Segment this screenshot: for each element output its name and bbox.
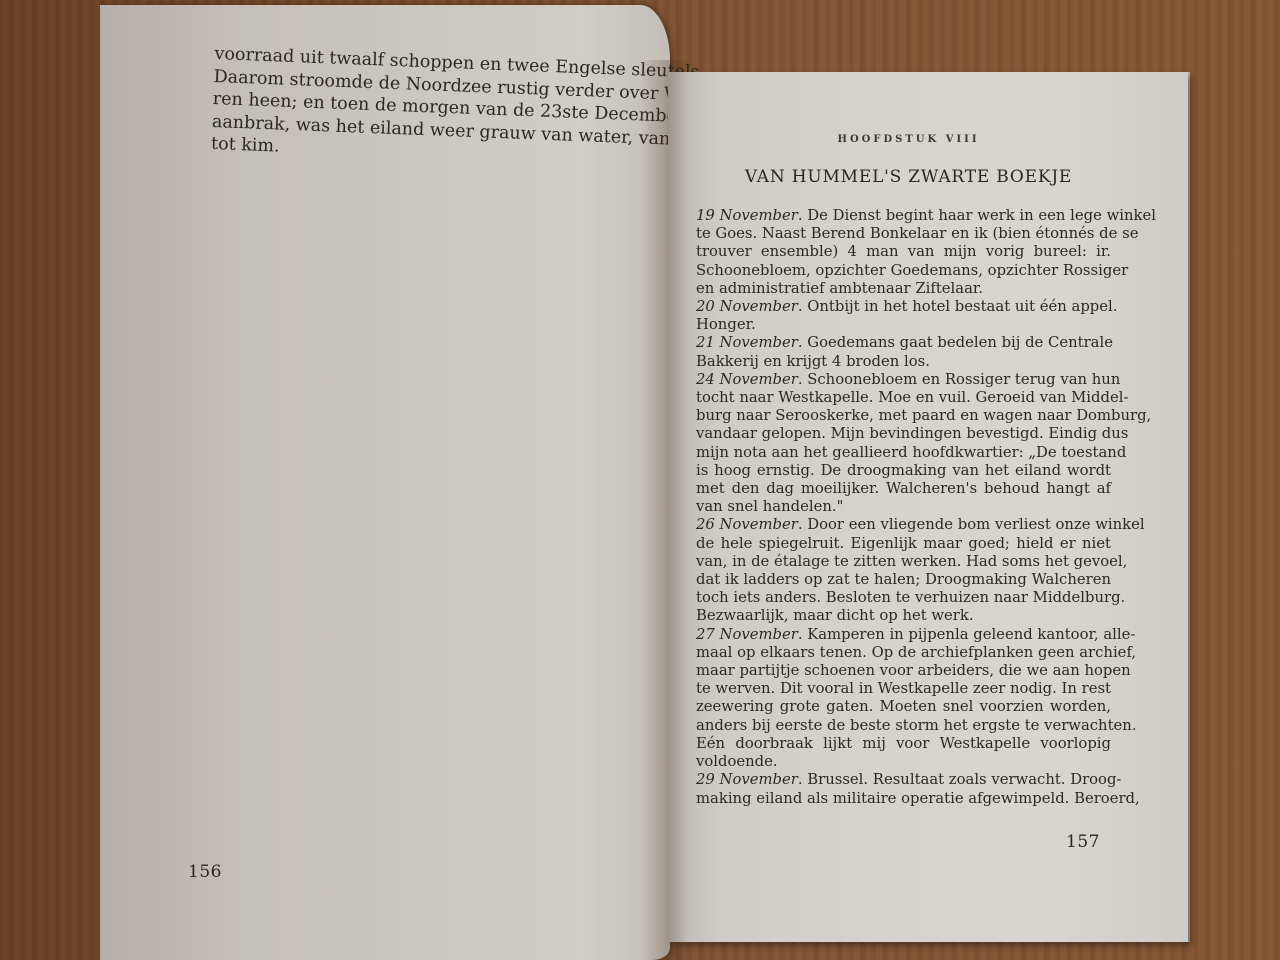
entry-text: . De Dienst begint haar werk in een lege…	[798, 207, 1156, 224]
entry-text: te Goes. Naast Berend Bonkelaar en ik (b…	[696, 225, 1111, 243]
entry-text: mijn nota aan het geallieerd hoofdkwarti…	[696, 444, 1111, 462]
entry-text: toch iets anders. Besloten te verhuizen …	[696, 589, 1111, 607]
entry-text: met den dag moeilijker. Walcheren's beho…	[696, 480, 1111, 498]
entry-text: Bakkerij en krijgt 4 broden los.	[696, 353, 1111, 371]
entry-text: . Brussel. Resultaat zoals verwacht. Dro…	[798, 771, 1122, 788]
entry-text: en administratief ambtenaar Ziftelaar.	[696, 280, 1111, 298]
entry-text: burg naar Serooskerke, met paard en wage…	[696, 407, 1111, 425]
entry-text: . Door een vliegende bom verliest onze w…	[798, 516, 1145, 533]
diary-entry: 27 November. Kamperen in pijpenla geleen…	[696, 626, 1111, 772]
entry-text: . Goedemans gaat bedelen bij de Centrale	[798, 334, 1113, 351]
entry-text: anders bij eerste de beste storm het erg…	[696, 717, 1111, 735]
entry-text: vandaar gelopen. Mijn bevindingen bevest…	[696, 425, 1111, 443]
diary-entry: 21 November. Goedemans gaat bedelen bij …	[696, 334, 1111, 370]
entry-text: maar partijtje schoenen voor arbeiders, …	[696, 662, 1111, 680]
entry-text: maal op elkaars tenen. Op de archiefplan…	[696, 644, 1111, 662]
diary-entry: 24 November. Schoonebloem en Rossiger te…	[696, 371, 1111, 517]
wooden-table-background: voorraad uit twaalf schoppen en twee Eng…	[0, 0, 1280, 960]
entry-text: Eén doorbraak lijkt mij voor Westkapelle…	[696, 735, 1111, 753]
diary-entry: 29 November. Brussel. Resultaat zoals ve…	[696, 771, 1111, 807]
entry-text: tocht naar Westkapelle. Moe en vuil. Ger…	[696, 389, 1111, 407]
entry-text: Schoonebloem, opzichter Goedemans, opzic…	[696, 262, 1111, 280]
entry-date: 20 November	[696, 298, 798, 315]
entry-date: 24 November	[696, 371, 798, 388]
entry-date: 27 November	[696, 626, 798, 643]
diary-entry: 20 November. Ontbijt in het hotel bestaa…	[696, 298, 1111, 334]
entry-text: Bezwaarlijk, maar dicht op het werk.	[696, 607, 1111, 625]
entry-text: trouver ensemble) 4 man van mijn vorig b…	[696, 243, 1111, 261]
left-page-text: voorraad uit twaalf schoppen en twee Eng…	[211, 43, 643, 172]
entry-text: . Kamperen in pijpenla geleend kantoor, …	[798, 626, 1136, 643]
chapter-title: VAN HUMMEL'S ZWARTE BOEKJE	[706, 167, 1111, 187]
entry-date: 29 November	[696, 771, 798, 788]
entry-text: van, in de étalage te zitten werken. Had…	[696, 553, 1111, 571]
entry-text: voldoende.	[696, 753, 1111, 771]
entry-date: 21 November	[696, 334, 798, 351]
entry-text: . Schoonebloem en Rossiger terug van hun	[798, 371, 1121, 388]
running-head: HOOFDSTUK VIII	[706, 134, 1111, 145]
entry-text: van snel handelen."	[696, 498, 1111, 516]
entry-text: dat ik ladders op zat te halen; Droogmak…	[696, 571, 1111, 589]
entry-text: de hele spiegelruit. Eigenlijk maar goed…	[696, 535, 1111, 553]
left-page: voorraad uit twaalf schoppen en twee Eng…	[100, 5, 670, 960]
diary-entries: 19 November. De Dienst begint haar werk …	[696, 207, 1111, 808]
entry-date: 19 November	[696, 207, 798, 224]
diary-entry: 19 November. De Dienst begint haar werk …	[696, 207, 1111, 298]
entry-date: 26 November	[696, 516, 798, 533]
entry-text: zeewering grote gaten. Moeten snel voorz…	[696, 698, 1111, 716]
entry-text: Honger.	[696, 316, 1111, 334]
diary-entry: 26 November. Door een vliegende bom verl…	[696, 516, 1111, 625]
page-number-right: 157	[1066, 832, 1100, 852]
entry-text: is hoog ernstig. De droogmaking van het …	[696, 462, 1111, 480]
entry-text: te werven. Dit vooral in Westkapelle zee…	[696, 680, 1111, 698]
page-number-left: 156	[188, 862, 222, 882]
entry-text: . Ontbijt in het hotel bestaat uit één a…	[798, 298, 1118, 315]
right-page: HOOFDSTUK VIII VAN HUMMEL'S ZWARTE BOEKJ…	[668, 72, 1188, 942]
entry-text: making eiland als militaire operatie afg…	[696, 790, 1111, 808]
right-page-content: HOOFDSTUK VIII VAN HUMMEL'S ZWARTE BOEKJ…	[696, 134, 1111, 808]
